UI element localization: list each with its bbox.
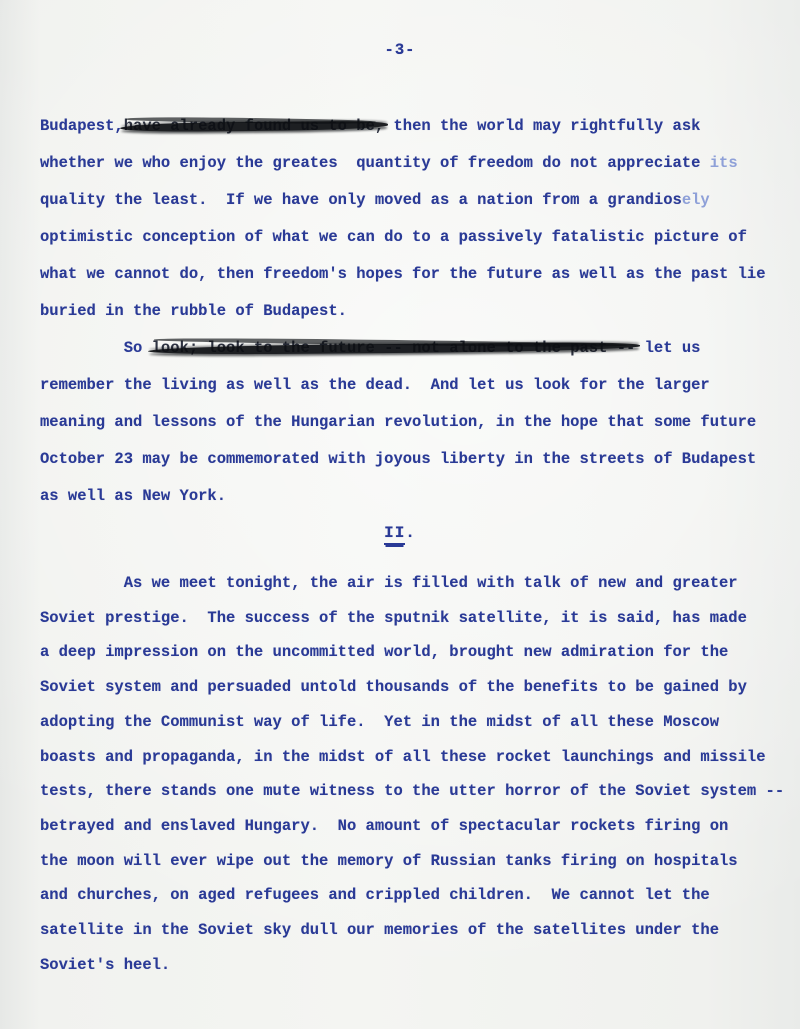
typed-line: betrayed and enslaved Hungary. No amount…	[40, 809, 796, 844]
section-heading-numeral: II	[384, 524, 405, 545]
typed-text: Soviet system and persuaded untold thous…	[40, 678, 747, 696]
typed-line: and churches, on aged refugees and cripp…	[40, 878, 796, 913]
typed-text: boasts and propaganda, in the midst of a…	[40, 748, 766, 766]
strikethrough-scribble	[148, 341, 640, 354]
typed-line: buried in the rubble of Budapest.	[40, 293, 796, 330]
typed-text: what we cannot do, then freedom's hopes …	[40, 265, 766, 283]
typed-text: As we meet tonight, the air is filled wi…	[40, 574, 738, 592]
typed-line: Soviet system and persuaded untold thous…	[40, 670, 796, 705]
strikethrough-scribble	[126, 116, 376, 124]
typed-text: remember the living as well as the dead.…	[40, 376, 710, 394]
typed-text: Soviet prestige. The success of the sput…	[40, 609, 747, 627]
section-heading-period: .	[405, 524, 416, 542]
paragraph-block-bottom: As we meet tonight, the air is filled wi…	[40, 566, 796, 982]
typed-text: ely	[682, 191, 710, 209]
typed-line: Soviet prestige. The success of the sput…	[40, 601, 796, 636]
typed-line: October 23 may be commemorated with joyo…	[40, 441, 796, 478]
strikethrough-scribble	[154, 337, 628, 348]
typed-line: satellite in the Soviet sky dull our mem…	[40, 913, 796, 948]
typed-line: the moon will ever wipe out the memory o…	[40, 844, 796, 879]
typed-text: meaning and lessons of the Hungarian rev…	[40, 413, 756, 431]
typed-line: Soviet's heel.	[40, 948, 796, 983]
page-number: -3-	[0, 41, 800, 59]
typed-text: tests, there stands one mute witness to …	[40, 782, 784, 800]
strikethrough-scribble	[120, 120, 389, 131]
typed-line: quality the least. If we have only moved…	[40, 182, 796, 219]
typed-line: So look; look to the future -- not alone…	[40, 330, 796, 367]
typed-line: tests, there stands one mute witness to …	[40, 774, 796, 809]
typed-line: remember the living as well as the dead.…	[40, 367, 796, 404]
typed-text: a deep impression on the uncommitted wor…	[40, 643, 728, 661]
typed-text: its	[710, 154, 738, 172]
typed-text: adopting the Communist way of life. Yet …	[40, 713, 719, 731]
typewritten-page: -3- Budapest,have already found us to be…	[0, 0, 800, 1029]
typed-text: then the world may rightfully ask	[384, 117, 700, 135]
typed-text: the moon will ever wipe out the memory o…	[40, 852, 738, 870]
paragraph-block-top: Budapest,have already found us to be, th…	[40, 108, 796, 515]
section-heading: II.	[0, 524, 800, 542]
typed-line: adopting the Communist way of life. Yet …	[40, 705, 796, 740]
typed-text: whether we who enjoy the greates quantit…	[40, 154, 710, 172]
typed-line: Budapest,have already found us to be, th…	[40, 108, 796, 145]
typed-line: whether we who enjoy the greates quantit…	[40, 145, 796, 182]
typed-text: optimistic conception of what we can do …	[40, 228, 747, 246]
typed-text: satellite in the Soviet sky dull our mem…	[40, 921, 719, 939]
typed-line: a deep impression on the uncommitted wor…	[40, 635, 796, 670]
typed-text: betrayed and enslaved Hungary. No amount…	[40, 817, 728, 835]
typed-text: as well as New York.	[40, 487, 226, 505]
typed-line: meaning and lessons of the Hungarian rev…	[40, 404, 796, 441]
typed-text: Budapest,	[40, 117, 124, 135]
typed-text: buried in the rubble of Budapest.	[40, 302, 347, 320]
struck-text: have already found us to be,	[124, 108, 384, 145]
typed-text: quality the least. If we have only moved…	[40, 191, 682, 209]
typed-text: October 23 may be commemorated with joyo…	[40, 450, 756, 468]
typed-line: boasts and propaganda, in the midst of a…	[40, 740, 796, 775]
typed-line: what we cannot do, then freedom's hopes …	[40, 256, 796, 293]
typed-text: and churches, on aged refugees and cripp…	[40, 886, 710, 904]
typed-text: let us	[635, 339, 700, 357]
struck-text: look; look to the future -- not alone to…	[152, 330, 636, 367]
typed-line: as well as New York.	[40, 478, 796, 515]
typed-line: optimistic conception of what we can do …	[40, 219, 796, 256]
typed-text: Soviet's heel.	[40, 956, 170, 974]
typed-text: So	[40, 339, 152, 357]
typed-line: As we meet tonight, the air is filled wi…	[40, 566, 796, 601]
